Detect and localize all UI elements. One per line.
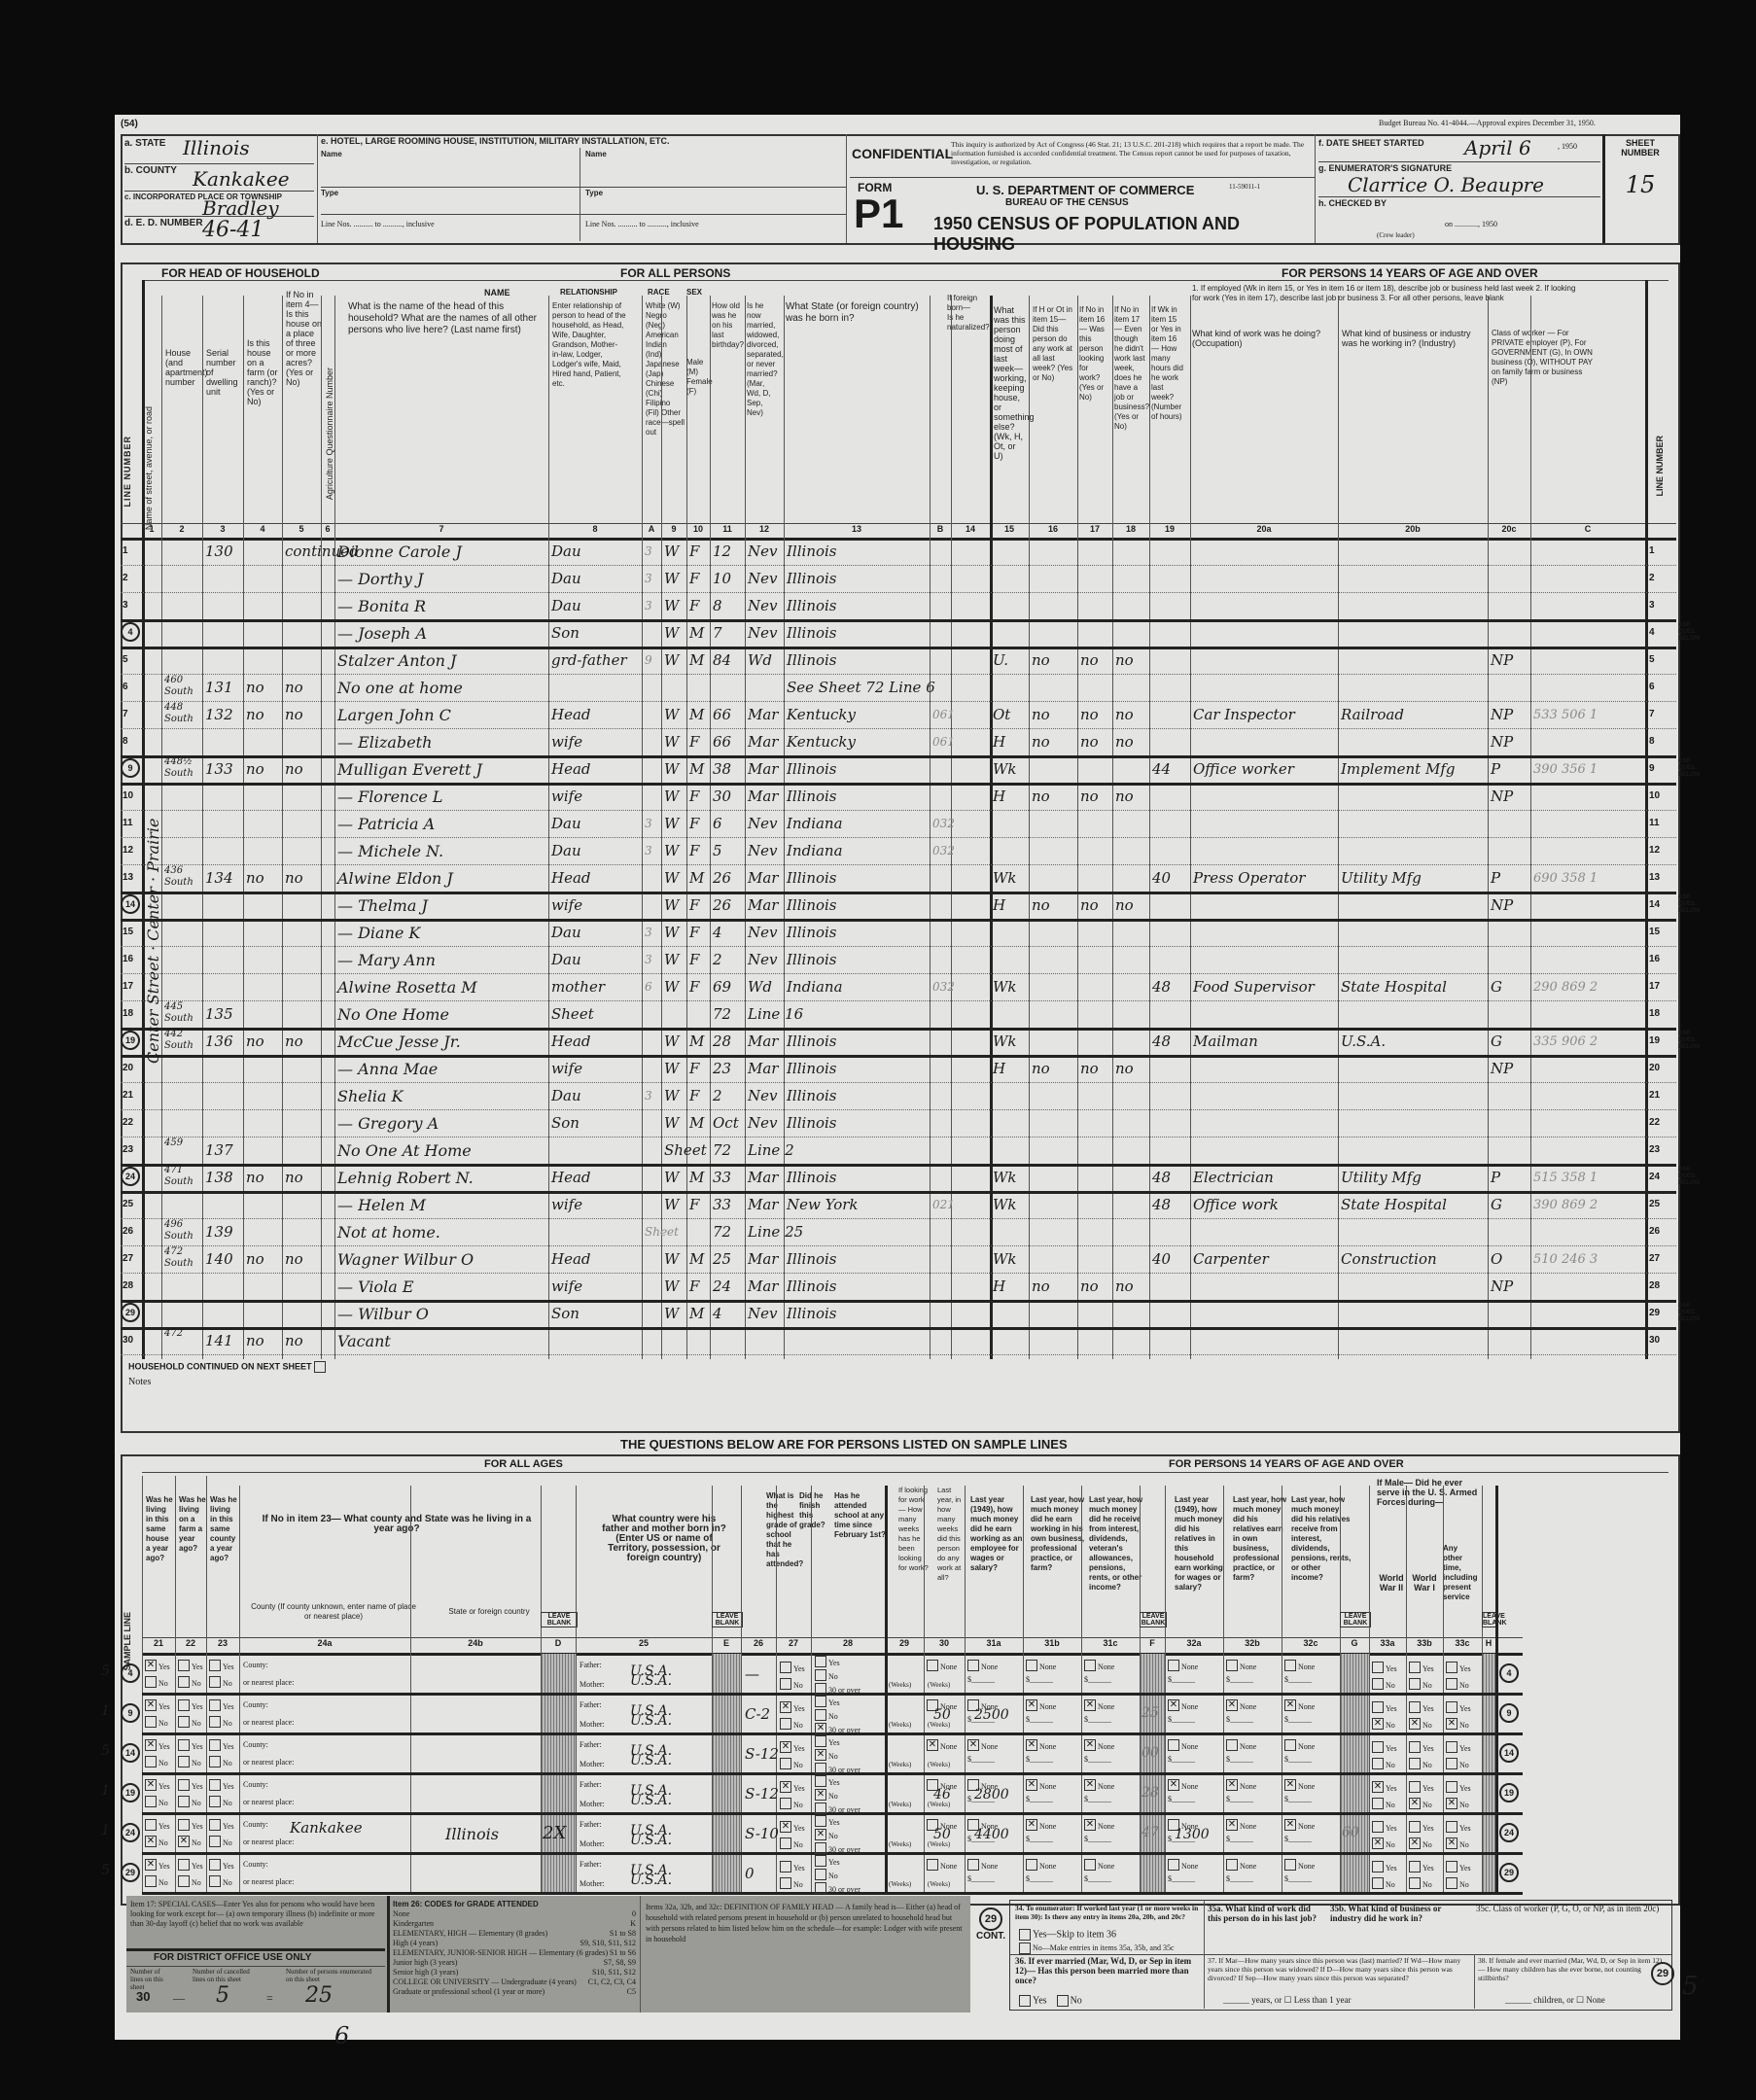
q21-yes-checkbox[interactable] [145, 1819, 157, 1831]
cell-cls[interactable]: NP [1491, 647, 1513, 674]
cell-sex[interactable]: M [689, 1029, 704, 1055]
q34-no[interactable]: No—Make entries in items 35a, 35b, and 3… [1019, 1942, 1175, 1954]
cell-rel[interactable]: Dau [551, 593, 581, 619]
cell-name[interactable]: No one at home [337, 675, 463, 701]
q21-yes-checkbox[interactable]: ✕ [145, 1739, 157, 1751]
q22-no-checkbox[interactable] [178, 1875, 190, 1887]
cell-farm[interactable]: no [246, 1328, 264, 1354]
cell-mar[interactable]: Line 25 [748, 1219, 803, 1245]
cell-race[interactable]: W [664, 756, 679, 783]
cell-c15[interactable]: H [993, 892, 1005, 919]
cell-born[interactable]: Indiana [787, 974, 843, 1000]
cell-acres[interactable]: no [285, 702, 303, 728]
cell-sex[interactable]: M [689, 620, 704, 647]
cell-race[interactable]: W [664, 1165, 679, 1191]
cell-race[interactable]: W [664, 702, 679, 728]
cell-house[interactable]: 472 [164, 1328, 207, 1354]
cell-born[interactable]: Illinois [787, 1246, 837, 1273]
cell-rel[interactable]: Son [551, 1110, 579, 1137]
cell-race[interactable]: W [664, 620, 679, 647]
cell-age[interactable]: 38 [713, 756, 731, 783]
cell-name[interactable]: — Bonita R [337, 593, 426, 619]
cell-serial[interactable]: 137 [205, 1137, 233, 1164]
ww2-no-checkbox[interactable] [1372, 1678, 1384, 1690]
q22-no-checkbox[interactable] [178, 1716, 190, 1728]
q31a-none-checkbox[interactable]: ✕ [967, 1739, 979, 1751]
ww2-no-checkbox[interactable] [1372, 1758, 1384, 1769]
q31b-none-checkbox[interactable]: ✕ [1026, 1739, 1037, 1751]
cell-cls[interactable]: P [1491, 865, 1500, 892]
cell-mar[interactable]: Mar [748, 702, 778, 728]
other-yes-checkbox[interactable] [1446, 1821, 1457, 1833]
cell-sex[interactable]: M [689, 1301, 704, 1327]
cell-sex[interactable]: F [689, 1192, 699, 1218]
cell-farm[interactable]: no [246, 675, 264, 701]
cell-sex[interactable]: M [689, 1165, 704, 1191]
cell-rel[interactable]: wife [551, 784, 582, 810]
cell-house[interactable] [164, 1110, 207, 1137]
cell-age[interactable]: 66 [713, 702, 731, 728]
cell-name[interactable]: — Gregory A [337, 1110, 439, 1137]
cell-mar[interactable]: Nev [748, 1301, 777, 1327]
cell-b[interactable]: 032 [932, 974, 955, 1000]
q34-yes[interactable]: Yes—Skip to item 36 [1019, 1929, 1116, 1941]
cell-age[interactable]: 23 [713, 1056, 731, 1082]
cell-age[interactable]: 5 [713, 838, 722, 864]
q31b-none-checkbox[interactable] [1026, 1859, 1037, 1871]
cell-age[interactable]: 10 [713, 566, 731, 592]
sample-q32a-value[interactable]: 1300 [1175, 1827, 1210, 1842]
cell-cls[interactable]: G [1491, 1029, 1502, 1055]
cell-name[interactable]: — Mary Ann [337, 947, 436, 973]
q32c-none-checkbox[interactable] [1284, 1739, 1296, 1751]
q31c-none-checkbox[interactable]: ✕ [1084, 1739, 1096, 1751]
other-no-checkbox[interactable] [1446, 1758, 1457, 1769]
cell-house[interactable] [164, 838, 207, 864]
q23-yes-checkbox[interactable] [209, 1859, 221, 1871]
cell-house[interactable] [164, 539, 207, 565]
cell-race[interactable]: W [664, 892, 679, 919]
q32b-none-checkbox[interactable] [1226, 1660, 1238, 1671]
cell-name[interactable]: Not at home. [337, 1219, 440, 1245]
cell-farm[interactable]: no [246, 865, 264, 892]
cell-mar[interactable]: Line 2 [748, 1137, 794, 1164]
cell-rel[interactable]: grd-father [551, 647, 627, 674]
q28-yes-checkbox[interactable] [815, 1656, 826, 1667]
cell-serial[interactable]: 138 [205, 1165, 233, 1191]
q32a-none-checkbox[interactable]: ✕ [1168, 1779, 1179, 1791]
cell-house[interactable]: 496 South [164, 1219, 207, 1245]
cell-mar[interactable]: Mar [748, 1029, 778, 1055]
cell-c18[interactable]: no [1115, 647, 1134, 674]
cell-c18[interactable]: no [1115, 702, 1134, 728]
cell-house[interactable] [164, 620, 207, 647]
cell-mar[interactable]: Nev [748, 1110, 777, 1137]
q21-yes-checkbox[interactable]: ✕ [145, 1779, 157, 1791]
q31b-none-checkbox[interactable]: ✕ [1026, 1819, 1037, 1831]
cell-house[interactable] [164, 729, 207, 755]
cell-c17[interactable]: no [1080, 702, 1099, 728]
q31c-none-checkbox[interactable]: ✕ [1084, 1779, 1096, 1791]
q34-no-checkbox[interactable] [1019, 1942, 1031, 1954]
cell-mar[interactable]: Mar [748, 865, 778, 892]
cell-mar[interactable]: Nev [748, 566, 777, 592]
cell-house[interactable]: 459 [164, 1137, 207, 1164]
q32b-none-checkbox[interactable]: ✕ [1226, 1779, 1238, 1791]
ww2-yes-checkbox[interactable]: ✕ [1372, 1781, 1384, 1793]
q21-no-checkbox[interactable] [145, 1676, 157, 1688]
cell-race[interactable]: W [664, 1029, 679, 1055]
cell-name[interactable]: — Thelma J [337, 892, 428, 919]
cell-name[interactable]: Mulligan Everett J [337, 756, 482, 783]
cell-name[interactable]: Wagner Wilbur O [337, 1246, 474, 1273]
cell-house[interactable] [164, 593, 207, 619]
cell-house[interactable] [164, 1083, 207, 1109]
sample-grade[interactable]: — [745, 1665, 759, 1683]
q21-yes-checkbox[interactable]: ✕ [145, 1660, 157, 1671]
q27-no-checkbox[interactable] [780, 1798, 791, 1809]
cell-mar[interactable]: Wd [748, 647, 772, 674]
cell-age[interactable]: 8 [713, 593, 722, 619]
cell-age[interactable]: 6 [713, 811, 722, 837]
cell-c15[interactable]: Wk [993, 1029, 1017, 1055]
cell-race[interactable]: W [664, 1192, 679, 1218]
cell-sex[interactable]: M [689, 1110, 704, 1137]
q22-yes-checkbox[interactable] [178, 1859, 190, 1871]
cell-house[interactable] [164, 1192, 207, 1218]
cell-c15[interactable]: U. [993, 647, 1008, 674]
cell-ind[interactable]: State Hospital [1341, 1192, 1447, 1218]
cell-cls[interactable]: G [1491, 974, 1502, 1000]
cell-cls[interactable]: NP [1491, 784, 1513, 810]
cell-age[interactable]: 69 [713, 974, 731, 1000]
cell-rel[interactable]: wife [551, 892, 582, 919]
q31b-none-checkbox[interactable]: ✕ [1026, 1699, 1037, 1711]
cell-age[interactable]: 26 [713, 892, 731, 919]
sample-q30-value[interactable]: 46 [933, 1787, 951, 1802]
cell-codes[interactable]: 290 869 2 [1533, 974, 1598, 1000]
q23-no-checkbox[interactable] [209, 1875, 221, 1887]
cell-serial[interactable]: 130 [205, 539, 233, 565]
q28-yes-checkbox[interactable] [815, 1775, 826, 1787]
cell-c15[interactable]: Wk [993, 756, 1017, 783]
cell-sex[interactable]: M [689, 647, 704, 674]
cell-occ[interactable]: Mailman [1193, 1029, 1258, 1055]
ww1-no-checkbox[interactable] [1409, 1678, 1421, 1690]
cell-house[interactable]: 445 South [164, 1001, 207, 1028]
cell-born[interactable]: Illinois [787, 920, 837, 946]
q32c-none-checkbox[interactable]: ✕ [1284, 1819, 1296, 1831]
cell-acres[interactable]: no [285, 1165, 303, 1191]
sample-grade[interactable]: 0 [745, 1865, 755, 1882]
cell-mar[interactable]: Mar [748, 1056, 778, 1082]
cell-codes[interactable]: 515 358 1 [1533, 1165, 1598, 1191]
cell-cls[interactable]: P [1491, 1165, 1500, 1191]
sample-q31a-value[interactable]: 2800 [974, 1787, 1009, 1802]
cell-born[interactable]: Illinois [787, 1274, 837, 1300]
sample-q31a-value[interactable]: 4400 [974, 1827, 1009, 1842]
cell-name[interactable]: — Dorthy J [337, 566, 423, 592]
cell-c18[interactable]: no [1115, 892, 1134, 919]
cell-sex[interactable]: F [689, 729, 699, 755]
cell-mar[interactable]: Nev [748, 947, 777, 973]
cell-born[interactable]: Indiana [787, 838, 843, 864]
q23-no-checkbox[interactable] [209, 1716, 221, 1728]
other-no-checkbox[interactable]: ✕ [1446, 1718, 1457, 1730]
ww2-yes-checkbox[interactable] [1372, 1861, 1384, 1872]
cell-name[interactable]: Lehnig Robert N. [337, 1165, 474, 1191]
cell-cls[interactable]: O [1491, 1246, 1502, 1273]
ww2-yes-checkbox[interactable] [1372, 1701, 1384, 1713]
cell-rel[interactable]: Head [551, 1246, 591, 1273]
cell-born[interactable]: Kentucky [787, 729, 856, 755]
q32b-none-checkbox[interactable] [1226, 1739, 1238, 1751]
cell-name[interactable]: No One At Home [337, 1137, 472, 1164]
cell-farm[interactable]: no [246, 1246, 264, 1273]
cell-born[interactable]: Illinois [787, 1301, 837, 1327]
cell-born[interactable]: Illinois [787, 1165, 837, 1191]
cell-acres[interactable]: no [285, 865, 303, 892]
cell-sex[interactable]: F [689, 1274, 699, 1300]
cell-codes[interactable]: 390 356 1 [1533, 756, 1598, 783]
q36-yes-checkbox[interactable] [1019, 1995, 1031, 2007]
cell-c15[interactable]: Wk [993, 1192, 1017, 1218]
cell-farm[interactable]: no [246, 702, 264, 728]
q32c-none-checkbox[interactable]: ✕ [1284, 1699, 1296, 1711]
cell-sex[interactable]: F [689, 566, 699, 592]
cell-name[interactable]: — Wilbur O [337, 1301, 429, 1327]
sample-grade[interactable]: S-12 [745, 1745, 779, 1763]
cell-born[interactable]: Kentucky [787, 702, 856, 728]
other-no-checkbox[interactable]: ✕ [1446, 1837, 1457, 1849]
q32c-none-checkbox[interactable]: ✕ [1284, 1779, 1296, 1791]
q28-no-checkbox[interactable]: ✕ [815, 1829, 826, 1840]
cell-house[interactable] [164, 892, 207, 919]
cell-ind[interactable]: Railroad [1341, 702, 1404, 728]
ww2-yes-checkbox[interactable] [1372, 1741, 1384, 1753]
q30-none-checkbox[interactable]: ✕ [927, 1739, 938, 1751]
cell-codes[interactable]: 335 906 2 [1533, 1029, 1598, 1055]
cell-age[interactable]: 30 [713, 784, 731, 810]
cell-c17[interactable]: no [1080, 729, 1099, 755]
cell-rel[interactable]: Son [551, 1301, 579, 1327]
sample-mother[interactable]: U.S.A. [630, 1872, 672, 1888]
ww2-yes-checkbox[interactable] [1372, 1821, 1384, 1833]
cell-name[interactable]: — Helen M [337, 1192, 426, 1218]
ww2-no-checkbox[interactable] [1372, 1877, 1384, 1889]
cell-age[interactable]: 2 [713, 947, 722, 973]
cell-c19[interactable]: 48 [1152, 1165, 1171, 1191]
q22-yes-checkbox[interactable] [178, 1779, 190, 1791]
sample-state[interactable]: Illinois [445, 1825, 499, 1843]
cell-sex[interactable]: F [689, 593, 699, 619]
cell-sex[interactable]: F [689, 838, 699, 864]
q27-no-checkbox[interactable] [780, 1758, 791, 1769]
cell-c16[interactable]: no [1032, 647, 1050, 674]
cell-mar[interactable]: Wd [748, 974, 772, 1000]
cell-house[interactable] [164, 1274, 207, 1300]
cell-house[interactable]: 448½ South [164, 756, 207, 783]
cell-age[interactable]: 72 [713, 1001, 731, 1028]
cell-sex[interactable]: F [689, 539, 699, 565]
sample-grade[interactable]: S-12 [745, 1785, 779, 1802]
cell-age[interactable]: 26 [713, 865, 731, 892]
cell-house[interactable] [164, 947, 207, 973]
q27-no-checkbox[interactable] [780, 1837, 791, 1849]
cell-age[interactable]: 12 [713, 539, 731, 565]
q32a-none-checkbox[interactable] [1168, 1859, 1179, 1871]
cell-serial[interactable]: 139 [205, 1219, 233, 1245]
other-no-checkbox[interactable] [1446, 1678, 1457, 1690]
cell-c16[interactable]: no [1032, 892, 1050, 919]
q32a-none-checkbox[interactable] [1168, 1660, 1179, 1671]
cell-a[interactable]: 3 [645, 947, 652, 973]
q22-yes-checkbox[interactable] [178, 1819, 190, 1831]
cell-c16[interactable]: no [1032, 729, 1050, 755]
q22-no-checkbox[interactable]: ✕ [178, 1836, 190, 1847]
cell-occ[interactable]: Office worker [1193, 756, 1294, 783]
cell-c16[interactable]: no [1032, 702, 1050, 728]
cell-name[interactable]: Alwine Rosetta M [337, 974, 477, 1000]
cell-rel[interactable]: Head [551, 865, 591, 892]
cell-codes[interactable]: 690 358 1 [1533, 865, 1598, 892]
cell-c16[interactable]: no [1032, 1056, 1050, 1082]
ww1-no-checkbox[interactable]: ✕ [1409, 1798, 1421, 1809]
cell-rel[interactable]: Dau [551, 920, 581, 946]
cell-occ[interactable]: Office work [1193, 1192, 1279, 1218]
cell-farm[interactable]: no [246, 756, 264, 783]
cell-race[interactable]: W [664, 1083, 679, 1109]
q34-yes-checkbox[interactable] [1019, 1929, 1031, 1941]
q27-no-checkbox[interactable] [780, 1678, 791, 1690]
cell-age[interactable]: 28 [713, 1029, 731, 1055]
q28-yes-checkbox[interactable] [815, 1696, 826, 1707]
ww2-no-checkbox[interactable]: ✕ [1372, 1837, 1384, 1849]
cell-mar[interactable]: Mar [748, 1165, 778, 1191]
other-no-checkbox[interactable]: ✕ [1446, 1798, 1457, 1809]
cell-c15[interactable]: Wk [993, 865, 1017, 892]
sample-f[interactable]: 00 [1141, 1745, 1159, 1761]
ww2-no-checkbox[interactable] [1372, 1798, 1384, 1809]
cell-name[interactable]: Dionne Carole J [337, 539, 462, 565]
cell-c15[interactable]: Wk [993, 1246, 1017, 1273]
cell-born[interactable]: Illinois [787, 539, 837, 565]
q21-no-checkbox[interactable]: ✕ [145, 1836, 157, 1847]
cell-age[interactable]: 4 [713, 920, 722, 946]
cell-name[interactable]: — Michele N. [337, 838, 443, 864]
cell-mar[interactable]: Nev [748, 620, 777, 647]
cell-c15[interactable]: Wk [993, 1165, 1017, 1191]
cell-rel[interactable]: Sheet [551, 1001, 594, 1028]
cell-race[interactable]: W [664, 865, 679, 892]
sample-g[interactable]: 60 [1342, 1825, 1359, 1840]
cell-codes[interactable]: 390 869 2 [1533, 1192, 1598, 1218]
cell-sex[interactable]: F [689, 892, 699, 919]
cell-acres[interactable]: no [285, 675, 303, 701]
cell-name[interactable]: — Diane K [337, 920, 420, 946]
cell-house[interactable]: 442 South [164, 1029, 207, 1055]
cell-a[interactable]: 3 [645, 1083, 652, 1109]
q28-yes-checkbox[interactable] [815, 1735, 826, 1747]
cell-rel[interactable]: Dau [551, 947, 581, 973]
cell-mar[interactable]: Mar [748, 892, 778, 919]
q31c-none-checkbox[interactable]: ✕ [1084, 1819, 1096, 1831]
cell-age[interactable]: 33 [713, 1192, 731, 1218]
cell-rel[interactable]: Head [551, 1165, 591, 1191]
other-no-checkbox[interactable] [1446, 1877, 1457, 1889]
cell-acres[interactable]: no [285, 1328, 303, 1354]
cell-name[interactable]: McCue Jesse Jr. [337, 1029, 461, 1055]
cell-race[interactable]: W [664, 1274, 679, 1300]
cell-a[interactable]: 6 [645, 974, 652, 1000]
cell-house[interactable] [164, 647, 207, 674]
cell-serial[interactable]: 141 [205, 1328, 233, 1354]
cell-house[interactable]: 460 South [164, 675, 207, 701]
cell-c15[interactable]: H [993, 1274, 1005, 1300]
cell-serial[interactable]: 136 [205, 1029, 233, 1055]
cell-age[interactable]: 7 [713, 620, 722, 647]
q28-yes-checkbox[interactable] [815, 1855, 826, 1867]
cell-age[interactable]: Oct [713, 1110, 739, 1137]
cell-mar[interactable]: Nev [748, 539, 777, 565]
other-yes-checkbox[interactable] [1446, 1861, 1457, 1872]
cell-farm[interactable]: no [246, 1029, 264, 1055]
cell-born[interactable]: Illinois [787, 865, 837, 892]
cell-a[interactable]: 3 [645, 539, 652, 565]
cell-rel[interactable]: Son [551, 620, 579, 647]
q23-no-checkbox[interactable] [209, 1676, 221, 1688]
cell-cls[interactable]: P [1491, 756, 1500, 783]
cell-serial[interactable]: 133 [205, 756, 233, 783]
q23-yes-checkbox[interactable] [209, 1779, 221, 1791]
cell-c15[interactable]: H [993, 784, 1005, 810]
q21-yes-checkbox[interactable]: ✕ [145, 1699, 157, 1711]
cell-race[interactable]: W [664, 1246, 679, 1273]
q27-no-checkbox[interactable] [780, 1718, 791, 1730]
sample-q31a-value[interactable]: 2500 [974, 1707, 1009, 1723]
cell-mar[interactable]: Mar [748, 729, 778, 755]
sample-q30-value[interactable]: 50 [933, 1707, 951, 1723]
cell-rel[interactable]: wife [551, 1192, 582, 1218]
cell-age[interactable]: 72 [713, 1137, 731, 1164]
q31a-none-checkbox[interactable] [967, 1859, 979, 1871]
cell-sex[interactable]: F [689, 920, 699, 946]
q30-none-checkbox[interactable] [927, 1660, 938, 1671]
q27-yes-checkbox[interactable]: ✕ [780, 1781, 791, 1793]
cell-c15[interactable]: H [993, 1056, 1005, 1082]
cell-house[interactable]: 471 South [164, 1165, 207, 1191]
cell-born[interactable]: Illinois [787, 620, 837, 647]
cell-name[interactable]: Shelia K [337, 1083, 404, 1109]
cell-name[interactable]: — Elizabeth [337, 729, 432, 755]
cell-name[interactable]: — Patricia A [337, 811, 435, 837]
ww1-yes-checkbox[interactable] [1409, 1861, 1421, 1872]
cell-c15[interactable]: H [993, 729, 1005, 755]
cell-rel[interactable]: Head [551, 1029, 591, 1055]
cell-race[interactable]: W [664, 566, 679, 592]
cell-house[interactable]: 472 South [164, 1246, 207, 1273]
cell-born[interactable]: See Sheet 72 Line 6 [787, 675, 935, 701]
sample-mother[interactable]: U.S.A. [630, 1713, 672, 1729]
cell-c19[interactable]: 48 [1152, 1029, 1171, 1055]
cell-rel[interactable]: wife [551, 1056, 582, 1082]
cell-mar[interactable]: Nev [748, 838, 777, 864]
cell-house[interactable] [164, 566, 207, 592]
cell-born[interactable]: Illinois [787, 1029, 837, 1055]
cell-name[interactable]: Largen John C [337, 702, 451, 728]
cell-sex[interactable]: M [689, 1246, 704, 1273]
q31b-none-checkbox[interactable] [1026, 1660, 1037, 1671]
